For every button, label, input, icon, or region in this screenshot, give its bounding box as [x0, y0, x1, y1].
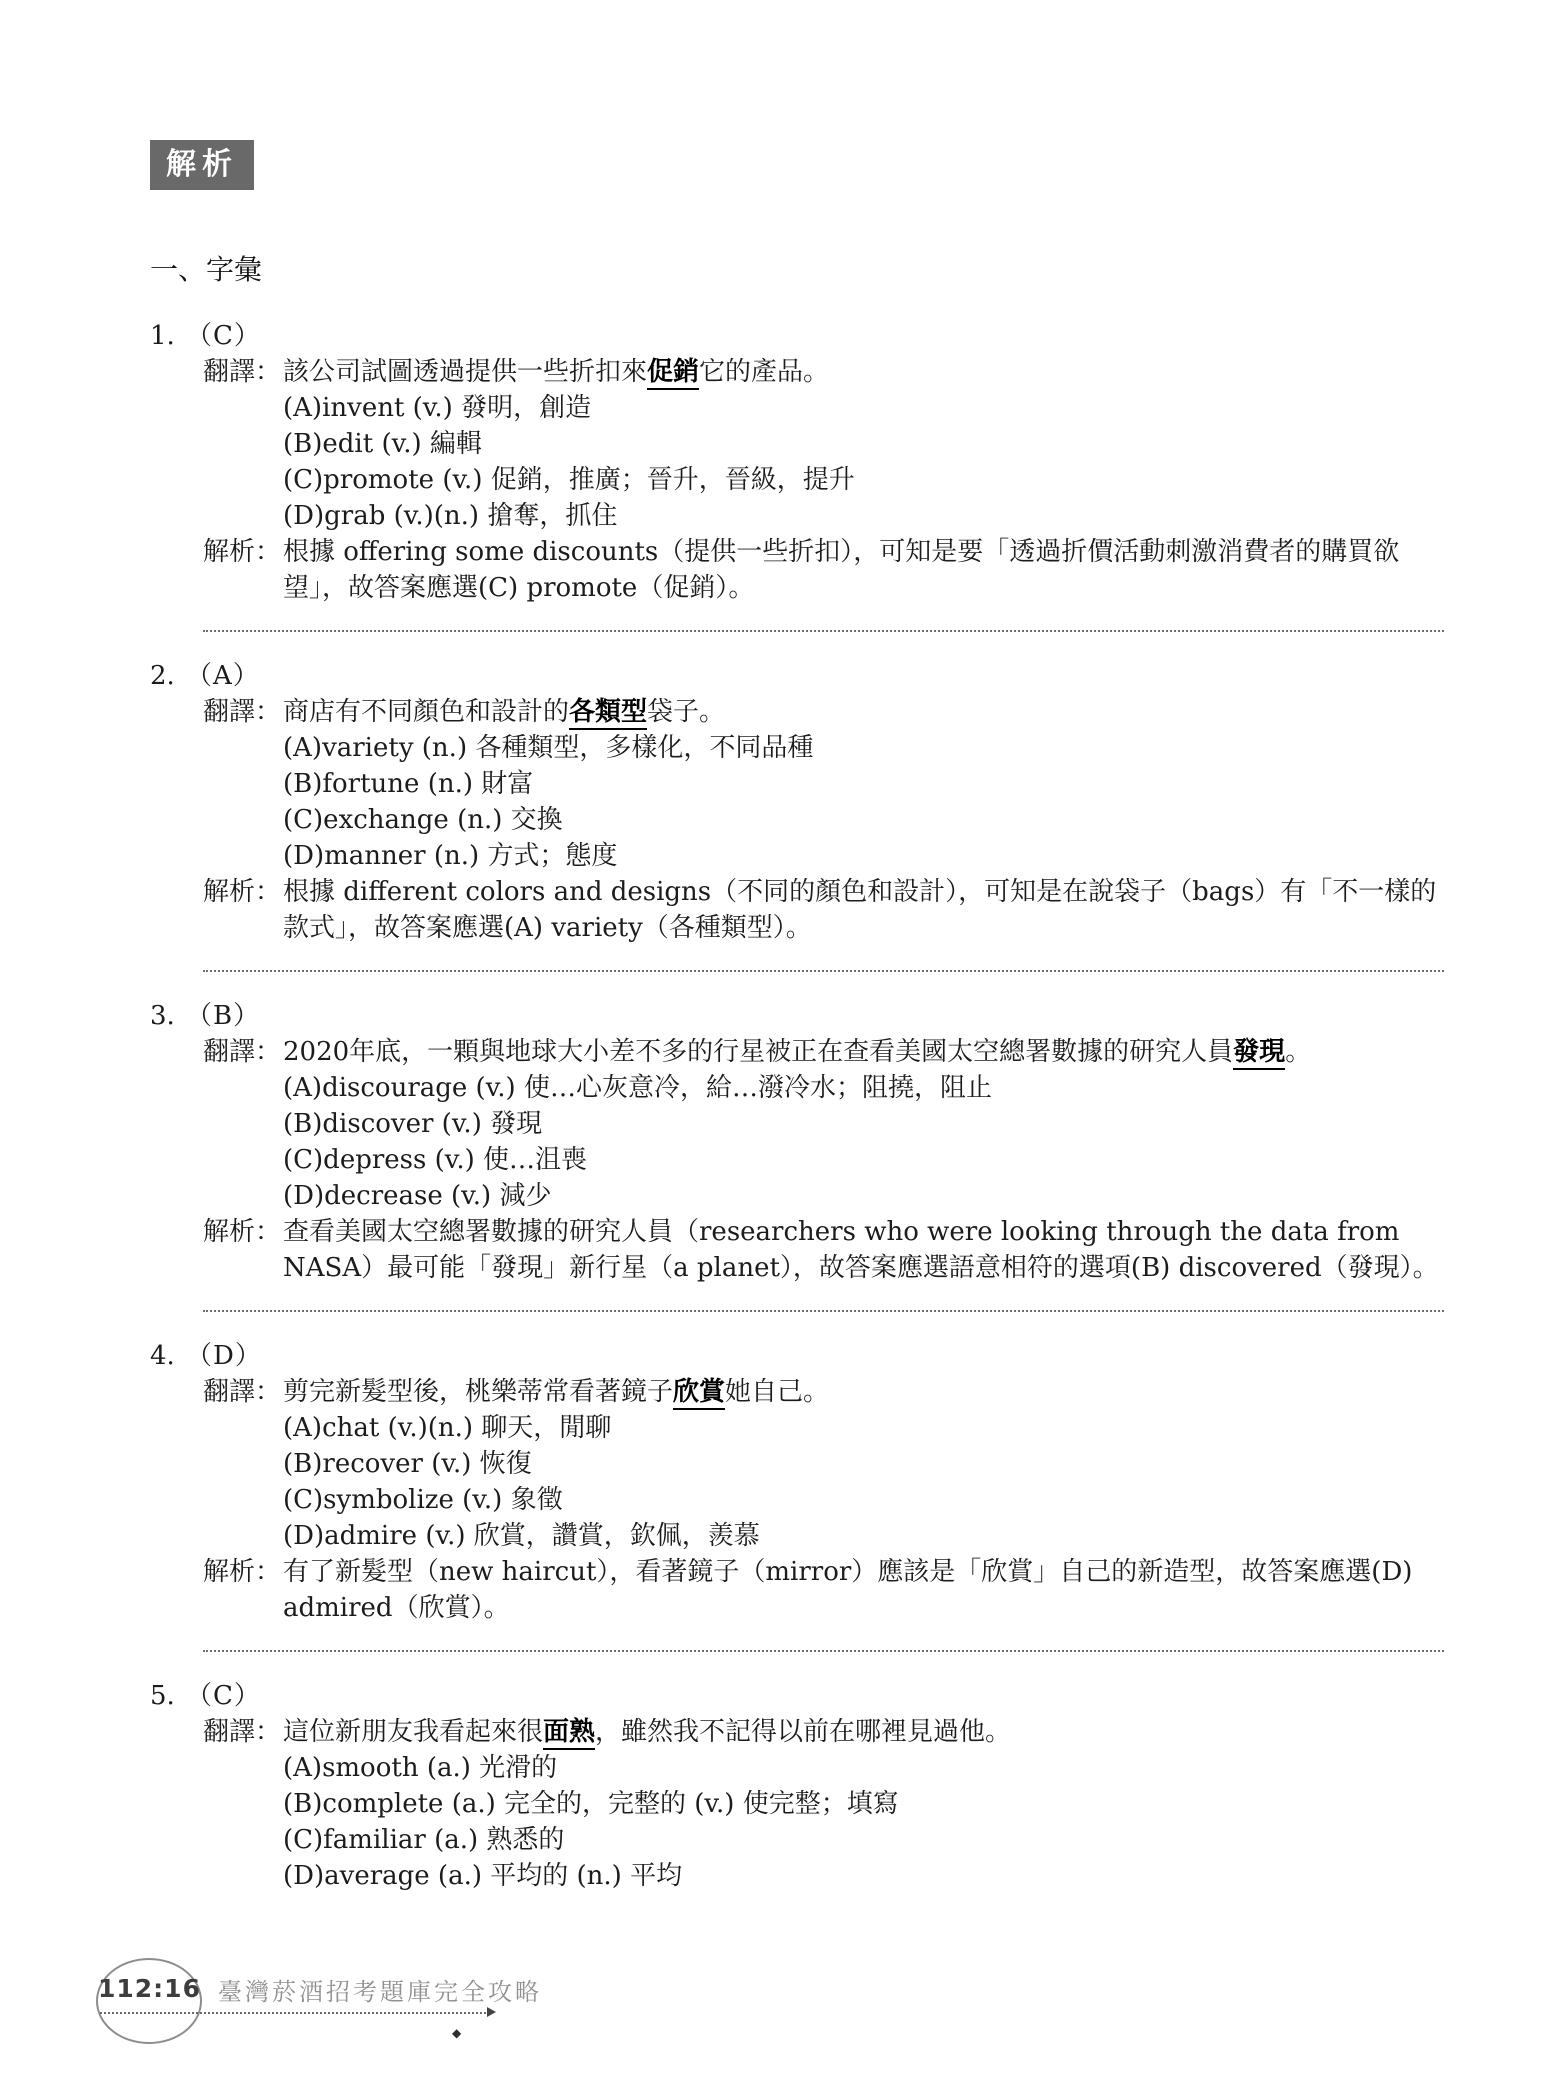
diamond-icon: ◆: [452, 2026, 461, 2040]
translation-row: 翻譯： 2020年底，一顆與地球大小差不多的行星被正在查看美國太空總署數據的研究…: [203, 1034, 1444, 1214]
option-item: (C)depress (v.) 使…沮喪: [283, 1142, 1444, 1178]
option-item: (A)discourage (v.) 使…心灰意冷，給…潑冷水；阻撓，阻止: [283, 1070, 1444, 1106]
translation-pre: 商店有不同顏色和設計的: [283, 697, 569, 727]
translation-pre: 剪完新髮型後，桃樂蒂常看著鏡子: [283, 1377, 673, 1407]
translation-row: 翻譯： 這位新朋友我看起來很面熟，雖然我不記得以前在哪裡見過他。 (A)smoo…: [203, 1714, 1444, 1894]
arrow-right-icon: [487, 2007, 496, 2017]
analysis-section-badge: 解析: [150, 140, 254, 190]
question-list: 1. （C） 翻譯： 該公司試圖透過提供一些折扣來促銷它的產品。 (A)inve…: [150, 318, 1444, 1894]
translation-post: ，雖然我不記得以前在哪裡見過他。: [595, 1717, 1011, 1747]
translation-keyword: 發現: [1233, 1037, 1285, 1070]
option-item: (D)grab (v.)(n.) 搶奪，抓住: [283, 498, 1444, 534]
analysis-label: 解析：: [203, 534, 283, 570]
options-list: (A)discourage (v.) 使…心灰意冷，給…潑冷水；阻撓，阻止(B)…: [283, 1070, 1444, 1214]
translation-keyword: 欣賞: [673, 1377, 725, 1410]
question-body: 翻譯： 這位新朋友我看起來很面熟，雖然我不記得以前在哪裡見過他。 (A)smoo…: [203, 1714, 1444, 1894]
analysis-label: 解析：: [203, 1554, 283, 1590]
question-answer: （C）: [186, 1678, 261, 1714]
option-item: (C)familiar (a.) 熟悉的: [283, 1822, 1444, 1858]
question-block: 4. （D） 翻譯： 剪完新髮型後，桃樂蒂常看著鏡子欣賞她自己。 (A)chat…: [150, 1338, 1444, 1652]
question-head: 5. （C）: [150, 1678, 1444, 1714]
analysis-row: 解析： 有了新髮型（new haircut），看著鏡子（mirror）應該是「欣…: [203, 1554, 1444, 1626]
option-item: (B)complete (a.) 完全的，完整的 (v.) 使完整；填寫: [283, 1786, 1444, 1822]
question-body: 翻譯： 2020年底，一顆與地球大小差不多的行星被正在查看美國太空總署數據的研究…: [203, 1034, 1444, 1286]
question-head: 1. （C）: [150, 318, 1444, 354]
translation-post: 她自己。: [725, 1377, 829, 1407]
translation-keyword: 促銷: [647, 357, 699, 390]
translation-text: 這位新朋友我看起來很面熟，雖然我不記得以前在哪裡見過他。 (A)smooth (…: [283, 1714, 1444, 1894]
analysis-text: 有了新髮型（new haircut），看著鏡子（mirror）應該是「欣賞」自己…: [283, 1554, 1444, 1626]
page-content: 解析 一、字彙 1. （C） 翻譯： 該公司試圖透過提供一些折扣來促銷它的產品。…: [0, 0, 1544, 1894]
options-list: (A)invent (v.) 發明，創造(B)edit (v.) 編輯(C)pr…: [283, 390, 1444, 534]
translation-keyword: 各類型: [569, 697, 647, 730]
question-separator: [203, 1310, 1444, 1312]
option-item: (B)recover (v.) 恢復: [283, 1446, 1444, 1482]
question-head: 2. （A）: [150, 658, 1444, 694]
translation-post: 它的產品。: [699, 357, 829, 387]
translation-label: 翻譯：: [203, 1374, 283, 1410]
analysis-row: 解析： 根據 offering some discounts（提供一些折扣），可…: [203, 534, 1444, 606]
translation-label: 翻譯：: [203, 1034, 283, 1070]
translation-text: 剪完新髮型後，桃樂蒂常看著鏡子欣賞她自己。 (A)chat (v.)(n.) 聊…: [283, 1374, 1444, 1554]
option-item: (D)admire (v.) 欣賞，讚賞，欽佩，羨慕: [283, 1518, 1444, 1554]
analysis-label: 解析：: [203, 874, 283, 910]
analysis-label: 解析：: [203, 1214, 283, 1250]
question-number: 1.: [150, 318, 186, 354]
question-separator: [203, 630, 1444, 632]
option-item: (B)discover (v.) 發現: [283, 1106, 1444, 1142]
question-block: 5. （C） 翻譯： 這位新朋友我看起來很面熟，雖然我不記得以前在哪裡見過他。 …: [150, 1678, 1444, 1894]
translation-text: 2020年底，一顆與地球大小差不多的行星被正在查看美國太空總署數據的研究人員發現…: [283, 1034, 1444, 1214]
question-body: 翻譯： 剪完新髮型後，桃樂蒂常看著鏡子欣賞她自己。 (A)chat (v.)(n…: [203, 1374, 1444, 1626]
translation-label: 翻譯：: [203, 694, 283, 730]
translation-text: 該公司試圖透過提供一些折扣來促銷它的產品。 (A)invent (v.) 發明，…: [283, 354, 1444, 534]
translation-pre: 這位新朋友我看起來很: [283, 1717, 543, 1747]
options-list: (A)smooth (a.) 光滑的(B)complete (a.) 完全的，完…: [283, 1750, 1444, 1894]
options-list: (A)variety (n.) 各種類型，多樣化，不同品種(B)fortune …: [283, 730, 1444, 874]
translation-label: 翻譯：: [203, 1714, 283, 1750]
translation-row: 翻譯： 該公司試圖透過提供一些折扣來促銷它的產品。 (A)invent (v.)…: [203, 354, 1444, 534]
option-item: (B)fortune (n.) 財富: [283, 766, 1444, 802]
option-item: (B)edit (v.) 編輯: [283, 426, 1444, 462]
translation-row: 翻譯： 剪完新髮型後，桃樂蒂常看著鏡子欣賞她自己。 (A)chat (v.)(n…: [203, 1374, 1444, 1554]
question-block: 3. （B） 翻譯： 2020年底，一顆與地球大小差不多的行星被正在查看美國太空…: [150, 998, 1444, 1312]
question-block: 2. （A） 翻譯： 商店有不同顏色和設計的各類型袋子。 (A)variety …: [150, 658, 1444, 972]
book-page: 解析 一、字彙 1. （C） 翻譯： 該公司試圖透過提供一些折扣來促銷它的產品。…: [0, 0, 1544, 2095]
question-head: 4. （D）: [150, 1338, 1444, 1374]
analysis-text: 查看美國太空總署數據的研究人員（researchers who were loo…: [283, 1214, 1444, 1286]
option-item: (A)variety (n.) 各種類型，多樣化，不同品種: [283, 730, 1444, 766]
page-number: 112:16: [98, 1974, 201, 2003]
option-item: (D)decrease (v.) 減少: [283, 1178, 1444, 1214]
option-item: (A)chat (v.)(n.) 聊天，閒聊: [283, 1410, 1444, 1446]
question-head: 3. （B）: [150, 998, 1444, 1034]
option-item: (C)symbolize (v.) 象徵: [283, 1482, 1444, 1518]
option-item: (A)invent (v.) 發明，創造: [283, 390, 1444, 426]
translation-post: 。: [1285, 1037, 1311, 1067]
analysis-row: 解析： 查看美國太空總署數據的研究人員（researchers who were…: [203, 1214, 1444, 1286]
question-number: 3.: [150, 998, 186, 1034]
question-answer: （C）: [186, 318, 261, 354]
question-number: 5.: [150, 1678, 186, 1714]
question-body: 翻譯： 該公司試圖透過提供一些折扣來促銷它的產品。 (A)invent (v.)…: [203, 354, 1444, 606]
options-list: (A)chat (v.)(n.) 聊天，閒聊(B)recover (v.) 恢復…: [283, 1410, 1444, 1554]
translation-keyword: 面熟: [543, 1717, 595, 1750]
option-item: (D)manner (n.) 方式；態度: [283, 838, 1444, 874]
option-item: (D)average (a.) 平均的 (n.) 平均: [283, 1858, 1444, 1894]
book-title: 臺灣菸酒招考題庫完全攻略: [218, 1972, 542, 2007]
translation-row: 翻譯： 商店有不同顏色和設計的各類型袋子。 (A)variety (n.) 各種…: [203, 694, 1444, 874]
question-answer: （B）: [186, 998, 260, 1034]
translation-text: 商店有不同顏色和設計的各類型袋子。 (A)variety (n.) 各種類型，多…: [283, 694, 1444, 874]
question-block: 1. （C） 翻譯： 該公司試圖透過提供一些折扣來促銷它的產品。 (A)inve…: [150, 318, 1444, 632]
question-answer: （A）: [186, 658, 260, 694]
translation-label: 翻譯：: [203, 354, 283, 390]
option-item: (C)exchange (n.) 交換: [283, 802, 1444, 838]
question-separator: [203, 1650, 1444, 1652]
translation-post: 袋子。: [647, 697, 725, 727]
section-title: 一、字彙: [150, 252, 1444, 288]
page-number-circle: 112:16: [96, 1958, 202, 2044]
translation-pre: 該公司試圖透過提供一些折扣來: [283, 357, 647, 387]
analysis-row: 解析： 根據 different colors and designs（不同的顏…: [203, 874, 1444, 946]
translation-pre: 2020年底，一顆與地球大小差不多的行星被正在查看美國太空總署數據的研究人員: [283, 1037, 1233, 1067]
option-item: (A)smooth (a.) 光滑的: [283, 1750, 1444, 1786]
question-body: 翻譯： 商店有不同顏色和設計的各類型袋子。 (A)variety (n.) 各種…: [203, 694, 1444, 946]
footer-dotted-line: [100, 2012, 486, 2014]
question-number: 2.: [150, 658, 186, 694]
question-separator: [203, 970, 1444, 972]
question-answer: （D）: [186, 1338, 262, 1374]
question-number: 4.: [150, 1338, 186, 1374]
analysis-text: 根據 offering some discounts（提供一些折扣），可知是要「…: [283, 534, 1444, 606]
option-item: (C)promote (v.) 促銷，推廣；晉升，晉級，提升: [283, 462, 1444, 498]
analysis-text: 根據 different colors and designs（不同的顏色和設計…: [283, 874, 1444, 946]
